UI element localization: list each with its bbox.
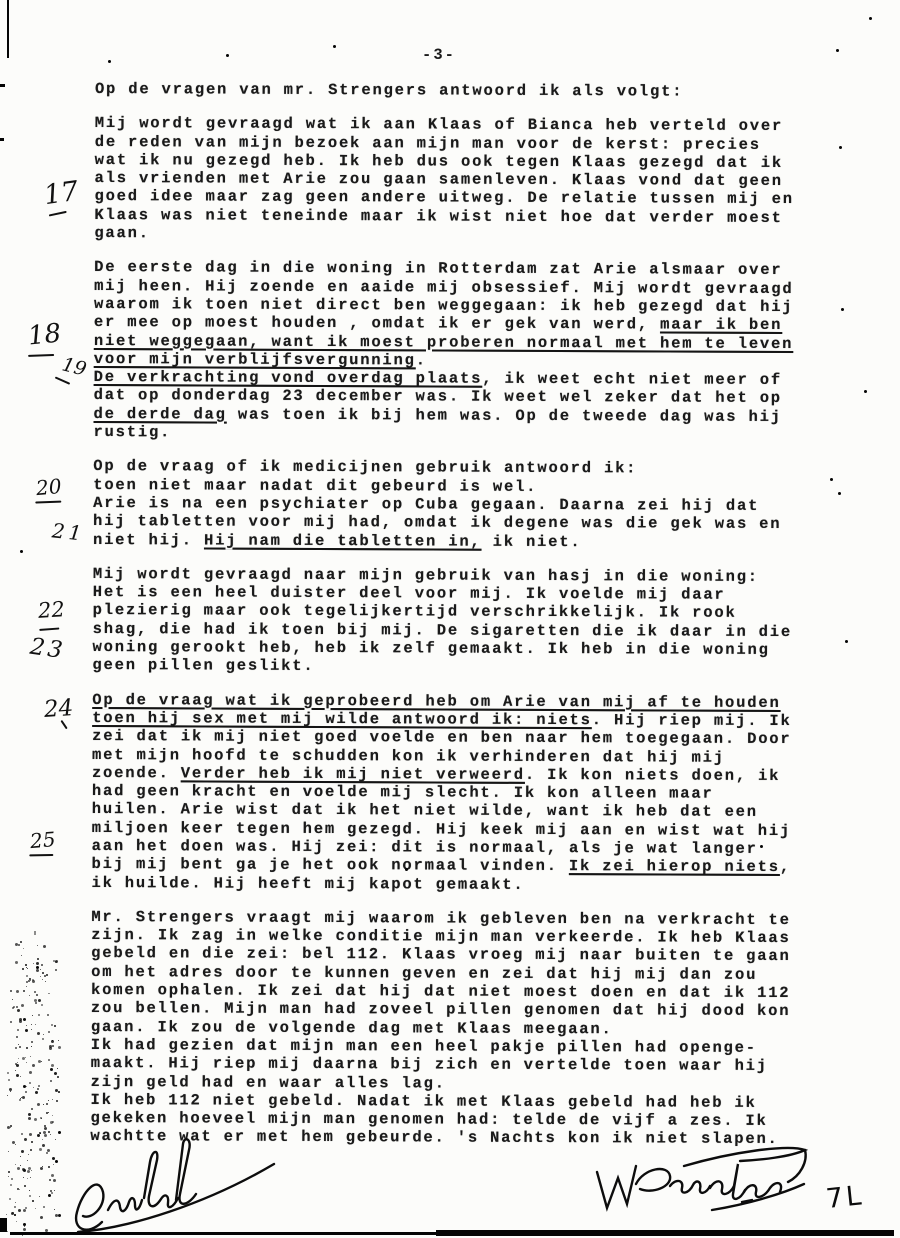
underlined-passage: Verder heb ik mij niet verweerd	[181, 764, 525, 784]
underlined-passage: toen hij sex met mij wilde antwoord ik: …	[92, 709, 592, 729]
underlined-passage: De verkrachting vond overdag plaats	[94, 368, 483, 388]
scan-bottom-bar	[10, 1232, 440, 1235]
paragraph: Op de vraag wat ik geprobeerd heb om Ari…	[91, 691, 812, 895]
signature-right	[592, 1142, 812, 1227]
paragraph: Mij wordt gevraagd naar mijn gebruik van…	[92, 565, 812, 678]
underlined-passage: Hij nam die tabletten in,	[204, 531, 482, 550]
intro-line: Op de vragen van mr. Strengers antwoord …	[95, 80, 815, 101]
underlined-passage: maar ik ben	[660, 316, 782, 335]
margin-number-21: 21	[51, 520, 86, 543]
paragraph: Mr. Strengers vraagt mij waarom ik geble…	[90, 908, 811, 1149]
paragraph: Op de vraag of ik medicijnen gebruik ant…	[93, 457, 813, 552]
page-number: -3-	[95, 46, 783, 64]
document-body: Op de vragen van mr. Strengers antwoord …	[90, 80, 815, 1165]
margin-number-22: 22	[37, 599, 65, 622]
scan-edge-line	[7, 0, 9, 58]
corner-note: 7L	[824, 1180, 865, 1215]
scan-mark	[0, 1218, 7, 1232]
scanned-document-page: -3- Op de vragen van mr. Strengers antwo…	[0, 0, 900, 1238]
scan-bottom-bar	[436, 1230, 894, 1236]
margin-number-17: 17	[42, 178, 80, 210]
underlined-passage: voor mijn verblijfsvergunning	[94, 350, 416, 369]
paragraph: De eerste dag in die woning in Rotterdam…	[93, 258, 814, 444]
margin-number-19: 19	[60, 355, 88, 379]
underlined-passage: de derde dag	[94, 405, 227, 424]
paragraph: Mij wordt gevraagd wat ik aan Klaas of B…	[94, 114, 815, 245]
margin-number-18: 18	[27, 320, 63, 349]
scan-mark	[0, 138, 4, 141]
underlined-passage: Ik zei hierop niets	[569, 857, 780, 876]
margin-number-24: 24	[43, 697, 74, 722]
scan-mark	[0, 84, 5, 87]
margin-number-23: 23	[29, 636, 67, 664]
signature-left	[68, 1136, 283, 1236]
margin-number-25: 25	[29, 829, 56, 851]
margin-number-20: 20	[35, 476, 62, 498]
